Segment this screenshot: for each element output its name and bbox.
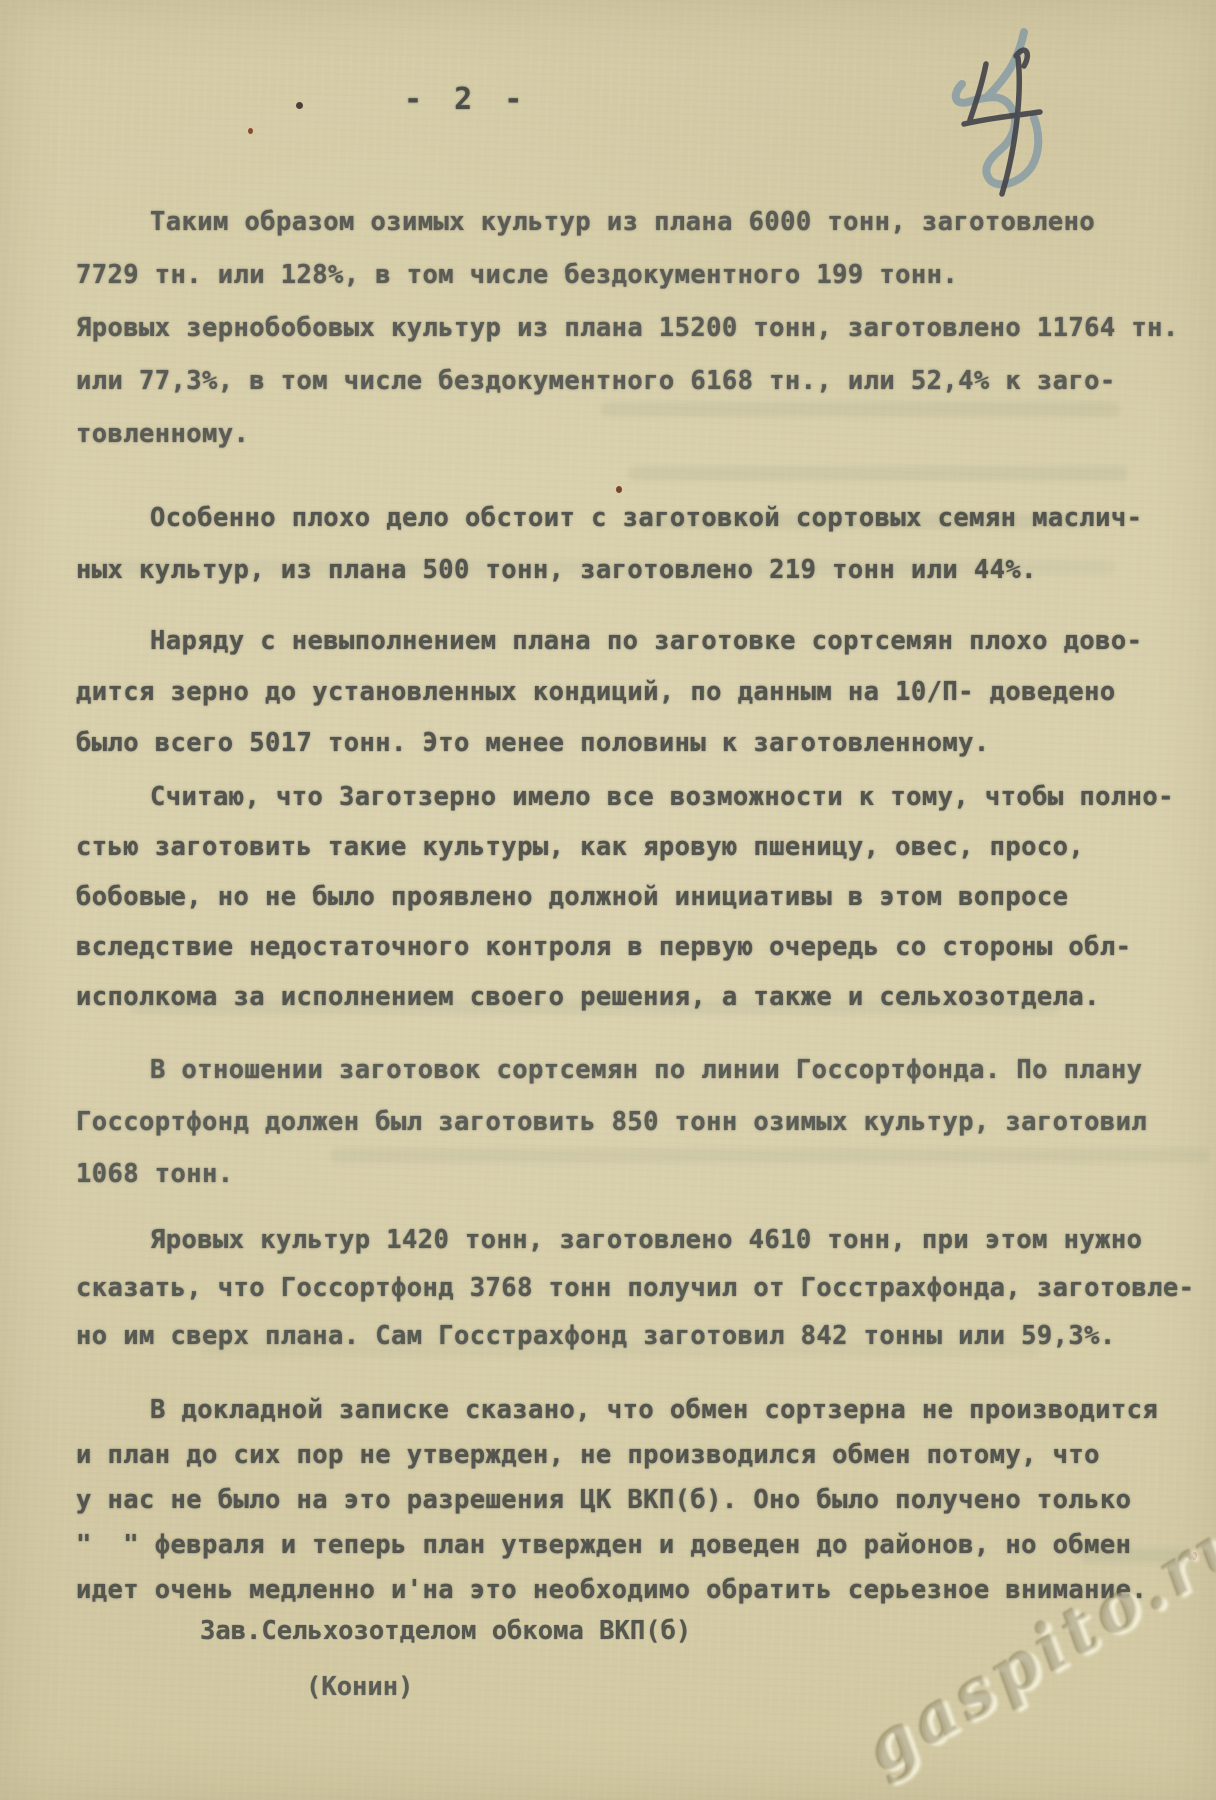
text-line: бобовые, но не было проявлено должной ин… — [76, 872, 1186, 922]
paragraph: В докладной записке сказано, что обмен с… — [76, 1388, 1186, 1613]
text-line: Таким образом озимых культур из плана 60… — [76, 196, 1186, 249]
text-line: " " февраля и теперь план утвержден и до… — [76, 1523, 1186, 1568]
text-line: и план до сих пор не утвержден, не произ… — [76, 1433, 1186, 1478]
text-line: вследствие недостаточного контроля в пер… — [76, 922, 1186, 972]
paragraph: В отношении заготовок сортсемян по линии… — [76, 1044, 1186, 1200]
text-line: у нас не было на это разрешения ЦК ВКП(б… — [76, 1478, 1186, 1523]
paper-speck — [248, 128, 253, 134]
text-line: сказать, что Госсортфонд 3768 тонн получ… — [76, 1264, 1186, 1312]
page-number: - 2 - — [404, 82, 544, 117]
signature-role: Зав.Сельхозотделом обкома ВКП(б) — [200, 1616, 691, 1646]
text-line: Считаю, что Заготзерно имело все возможн… — [76, 772, 1186, 822]
text-line: идет очень медленно и'на это необходимо … — [76, 1568, 1186, 1613]
paragraph: Яровых культур 1420 тонн, заготовлено 46… — [76, 1216, 1186, 1360]
text-line: Наряду с невыполнением плана по заготовк… — [76, 616, 1186, 667]
text-line: 1068 тонн. — [76, 1148, 1186, 1200]
text-line: было всего 5017 тонн. Это менее половины… — [76, 718, 1186, 769]
text-line: исполкома за исполнением своего решения,… — [76, 972, 1186, 1022]
text-line: ных культур, из плана 500 тонн, заготовл… — [76, 544, 1186, 596]
paragraph: Считаю, что Заготзерно имело все возможн… — [76, 772, 1186, 1022]
text-line: дится зерно до установленных кондиций, п… — [76, 667, 1186, 718]
text-line: или 77,3%, в том числе бездокументного 6… — [76, 355, 1186, 408]
paragraph: Особенно плохо дело обстоит с заготовкой… — [76, 492, 1186, 596]
text-line: но им сверх плана. Сам Госстрахфонд заго… — [76, 1312, 1186, 1360]
text-line: стью заготовить такие культуры, как яров… — [76, 822, 1186, 872]
handwritten-page-mark — [928, 22, 1088, 212]
bleed-through-line — [628, 466, 1128, 481]
text-line: товленному. — [76, 408, 1186, 461]
signature-name: (Конин) — [306, 1672, 413, 1702]
paragraph: Наряду с невыполнением плана по заготовк… — [76, 616, 1186, 769]
text-line: Особенно плохо дело обстоит с заготовкой… — [76, 492, 1186, 544]
text-line: В отношении заготовок сортсемян по линии… — [76, 1044, 1186, 1096]
text-line: 7729 тн. или 128%, в том числе бездокуме… — [76, 249, 1186, 302]
paragraph: Таким образом озимых культур из плана 60… — [76, 196, 1186, 461]
text-line: Яровых культур 1420 тонн, заготовлено 46… — [76, 1216, 1186, 1264]
text-line: Госсортфонд должен был заготовить 850 то… — [76, 1096, 1186, 1148]
paper-speck — [296, 102, 303, 109]
text-line: В докладной записке сказано, что обмен с… — [76, 1388, 1186, 1433]
text-line: Яровых зернобобовых культур из плана 152… — [76, 302, 1186, 355]
scanned-document-page: - 2 - Таким образом озимых культур из пл… — [0, 0, 1216, 1800]
